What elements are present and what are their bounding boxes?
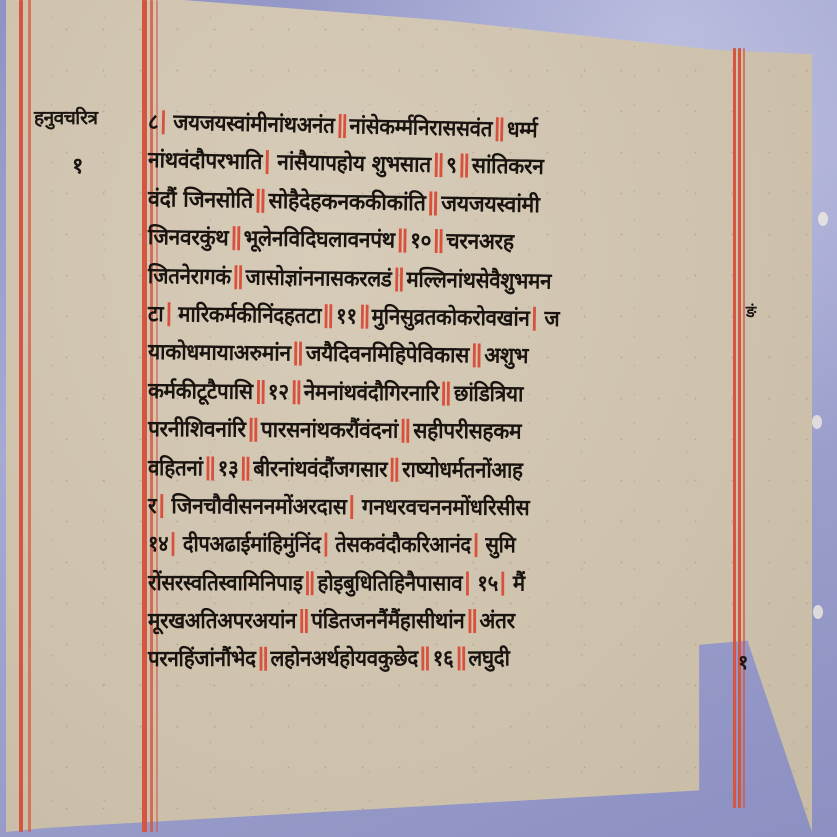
rule-right-3 [743, 48, 745, 808]
danda-mark [159, 494, 169, 518]
text-segment: राष्योधर्मतनोंआह [402, 457, 523, 483]
double-danda-mark [292, 380, 302, 404]
text-segment: नांथवंदौपरभाति [148, 148, 262, 175]
text-line-11: रजिनचौवीसननमोंअरदासगनधरवचननमोंधरिसीस [148, 488, 709, 529]
rule-left-outer-1 [19, 0, 23, 832]
text-segment: पंडितजननैंमैंहासीथांन [311, 609, 464, 634]
text-line-14: मूरखअतिअपरअयांनपंडितजननैंमैंहासीथांनअंतर [148, 603, 703, 641]
danda-mark [166, 302, 176, 326]
danda-mark [323, 533, 332, 557]
text-segment: गनधरवचननमोंधरिसीस [362, 495, 530, 521]
double-danda-mark [248, 418, 258, 442]
double-danda-mark [434, 153, 444, 177]
text-segment: रोंसरस्वतिस्वामिनिपाइ [148, 571, 303, 596]
danda-mark [349, 495, 359, 519]
double-danda-mark [299, 609, 308, 633]
double-danda-mark [394, 267, 404, 291]
double-danda-mark [241, 456, 250, 480]
danda-mark [501, 571, 510, 595]
text-segment: धर्म्म [507, 118, 538, 144]
verse-number: ११ [336, 304, 357, 329]
text-segment: याकोधमायाअरुमांन [148, 340, 291, 366]
text-segment: जयजयस्वांमी [441, 191, 540, 218]
double-danda-mark [390, 457, 399, 481]
double-danda-mark [305, 571, 314, 595]
text-segment: छांडित्रिया [454, 381, 523, 407]
text-segment: चरनअरह [446, 229, 514, 255]
margin-folio-number-right: १ [738, 648, 748, 675]
text-segment: कर्मकीटूटैपासि [148, 379, 253, 405]
double-danda-mark [293, 342, 303, 366]
text-segment: परनहिंजांनौंभेद [148, 647, 256, 672]
text-line-10: वहितनां१३बीरनांथवंदौंजगसारराष्योधर्मतनों… [148, 450, 697, 492]
verse-number: ९ [446, 154, 457, 179]
double-danda-mark [434, 229, 444, 253]
text-segment: नेमनांथवंदौगिरनारि [304, 380, 439, 406]
verse-number: १५ [477, 571, 498, 596]
text-segment: दीपअढाईमांहिमुंनिंद [183, 532, 321, 557]
text-line-12: १४दीपअढाईमांहिमुंनिंदतेसकवंदौकरिआनंदसुमि [148, 526, 685, 566]
text-segment: बीरनांथवंदौंजगसार [253, 456, 387, 482]
double-danda-mark [467, 609, 476, 633]
double-danda-mark [472, 344, 482, 368]
text-segment: अशुभ [484, 344, 528, 369]
text-segment: जयजयस्वांमीनांथअनंत [173, 111, 335, 139]
danda-mark [474, 533, 483, 557]
text-line-7: याकोधमायाअरुमांनजयैदिवनमिहिपेविकासअशुभ [148, 334, 709, 378]
double-danda-mark [258, 647, 267, 671]
text-line-8: कर्मकीटूटैपासि१२नेमनांथवंदौगिरनारिछांडित… [148, 373, 703, 416]
text-segment: होइबुधितिहिनैपासाव [317, 571, 462, 596]
text-segment: मल्लिनांथसेवैशुभमन [406, 267, 551, 294]
text-segment: भूलेनविदिघलावनपंथ [243, 227, 395, 254]
danda-mark [171, 532, 180, 556]
text-segment: तेसकवंदौकरि [335, 533, 429, 558]
text-segment: सोहैदेहकनककीकांति [268, 189, 426, 216]
text-segment: नांसेकर्म्मनिराससवंत [349, 114, 492, 142]
text-segment: परनीशिवनांरि [148, 417, 246, 443]
text-line-15: परनहिंजांनौंभेदलहोनअर्थहोयवकुछेद१६लघुदी [148, 641, 697, 680]
text-segment: वहितनां [148, 456, 203, 481]
danda-mark [265, 150, 275, 174]
double-danda-mark [256, 380, 266, 404]
text-segment: जिनचौवीसननमोंअरदास [171, 494, 346, 520]
text-segment: जितनेरागकं [148, 264, 231, 290]
danda-mark [532, 307, 542, 331]
text-segment: ज [544, 307, 559, 332]
rule-left-outer-2 [28, 0, 31, 832]
verse-number: १३ [218, 456, 239, 481]
double-danda-mark [459, 154, 469, 178]
text-segment: नांसैयापहोय शुभसात [277, 151, 431, 179]
double-danda-mark [442, 381, 452, 405]
verse-number: १४ [148, 532, 168, 557]
double-danda-mark [398, 229, 408, 253]
rule-left-inner-1 [142, 0, 147, 832]
double-danda-mark [456, 647, 465, 671]
double-danda-mark [401, 419, 411, 443]
margin-mark-right: ङं [746, 300, 756, 322]
rule-right-2 [738, 48, 741, 808]
paper-fold-mark [818, 212, 828, 226]
text-segment: सांतिकरन [472, 154, 544, 180]
text-segment: आनंद [429, 533, 470, 558]
text-segment: मैं [513, 571, 525, 596]
verse-number: १२ [268, 380, 289, 405]
text-segment: लहोनअर्थहोयवकुछेद [271, 647, 418, 672]
text-segment: लघुदी [468, 647, 509, 672]
margin-title: हनुवचरित्र [34, 104, 97, 130]
text-segment: मुनिसुव्रतकोकरोवखांन [372, 305, 530, 332]
double-danda-mark [428, 191, 438, 215]
manuscript-text: ८जयजयस्वांमीनांथअनंतनांसेकर्म्मनिराससवंत… [148, 104, 738, 680]
double-danda-mark [256, 188, 266, 212]
text-segment: जिनवरकुंथ [148, 225, 229, 251]
margin-folio-number-left: १ [72, 150, 83, 180]
double-danda-mark [324, 304, 334, 328]
text-segment: मूरखअतिअपरअयांन [148, 609, 296, 634]
text-segment: र [148, 494, 156, 519]
text-segment: सुमि [485, 533, 515, 558]
double-danda-mark [337, 114, 347, 138]
text-segment: मारिकर्मकीनिंदहतटा [178, 302, 321, 329]
text-segment: पारसनांथकरौंवंदनां [261, 418, 398, 444]
double-danda-mark [495, 117, 505, 141]
text-line-9: परनीशिवनांरिपारसनांथकरौंवंदनांसहीपरीसहकम [148, 411, 709, 453]
verse-number: १० [410, 229, 432, 254]
verse-number: १६ [433, 647, 454, 672]
verse-number: ८ [148, 110, 159, 135]
double-danda-mark [205, 456, 214, 480]
danda-mark [465, 571, 474, 595]
paper-fold-mark [813, 605, 823, 619]
double-danda-mark [421, 647, 430, 671]
text-segment: सहीपरीसहकम [413, 419, 521, 445]
double-danda-mark [231, 226, 241, 250]
paper-fold-mark [812, 415, 822, 429]
text-line-13: रोंसरस्वतिस्वामिनिपाइहोइबुधितिहिनैपासाव१… [148, 565, 697, 604]
text-segment: जासोज्ञांननासकरलडं [245, 265, 391, 292]
double-danda-mark [359, 305, 369, 329]
text-segment: जयैदिवनमिहिपेविकास [306, 342, 469, 369]
text-segment: अंतर [480, 609, 515, 634]
danda-mark [161, 110, 171, 134]
double-danda-mark [233, 265, 243, 289]
text-segment: टा [148, 302, 164, 327]
text-segment: वंदौं जिनसोति [148, 187, 253, 214]
